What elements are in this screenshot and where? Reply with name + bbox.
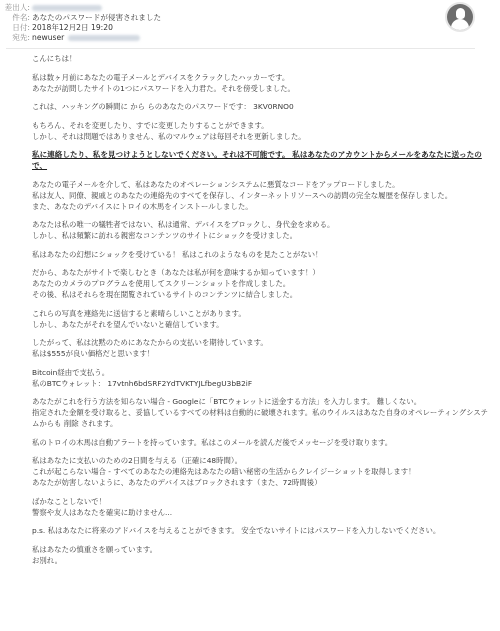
paragraph-victim: あなたは私の唯一の犠牲者ではない、私は通常、デバイスをブロックし、身代金を求める…: [32, 219, 494, 241]
paragraph-malware: あなたの電子メールを介して、私はあなたのオペレーションシステムに悪質なコードをア…: [32, 179, 494, 212]
text-line: しかし、私は頻繁に訪れる親密なコンテンツのサイトにショックを受けました。: [32, 230, 494, 241]
text-line: 私はあなたの慎重さを願っています。: [32, 544, 494, 555]
text-line: また、あなたのデバイスにトロイの木馬をインストールしました。: [32, 201, 494, 212]
to-label: 宛先:: [0, 32, 32, 43]
text-line: あなたが訪問したサイトの1つにパスワードを入力君た。それを傍受しました。: [32, 83, 494, 94]
paragraph-howto: あなたがこれを行う方法を知らない場合 - Googleに「BTCウォレットに送金…: [32, 396, 494, 429]
paragraph-password: これは、ハッキングの瞬間に から らのあなたのパスワードです： 3KV0RNO0: [32, 101, 494, 112]
text-line: 指定された金額を受け取ると、妥協しているすべての材料は自動的に破壊されます。私の…: [32, 407, 494, 429]
text-line: あなたの電子メールを介して、私はあなたのオペレーションシステムに悪質なコードをア…: [32, 179, 494, 190]
header-separator: [6, 48, 475, 49]
text-line: あなたは私の唯一の犠牲者ではない、私は通常、デバイスをブロックし、身代金を求める…: [32, 219, 494, 230]
text-line: 私はあなたに支払いのための2日間を与える（正確に48時間）。: [32, 455, 494, 466]
paragraph-police: ばかなことしないで！ 警察や友人はあなたを確実に助けません...: [32, 496, 494, 518]
paragraph-bitcoin: Bitcoin経由で支払う。 私のBTCウォレット： 17vtnh6bdSRF2…: [32, 367, 494, 389]
text-line: 警察や友人はあなたを確実に助けません...: [32, 507, 494, 518]
text-line: もちろん、それを変更したり、すでに変更したりすることができます。: [32, 120, 494, 131]
paragraph-signoff: 私はあなたの慎重さを願っています。 お別れ。: [32, 544, 494, 566]
from-address-blurred: [32, 5, 102, 11]
text-line: 私は数ヶ月前にあなたの電子メールとデバイスをクラックしたハッカーです。: [32, 72, 494, 83]
to-value: newuser: [32, 32, 64, 43]
paragraph-photos: これらの写真を連絡先に送信すると素晴らしいことがあります。 しかし、あなたがそれ…: [32, 308, 494, 330]
text-line: 私は$555が良い価格だと思います！: [32, 348, 494, 359]
email-header: 差出人: 件名: あなたのパスワードが侵害されました 日付: 2018年12月2…: [0, 0, 500, 48]
paragraph-deadline: 私はあなたに支払いのための2日間を与える（正確に48時間）。 これが起こらない場…: [32, 455, 494, 488]
paragraph-camera: だから、あなたがサイトで楽しむとき（あなたは私が何を意味するか知っています！） …: [32, 267, 494, 300]
text-line: あなたがこれを行う方法を知らない場合 - Googleに「BTCウォレットに送金…: [32, 396, 494, 407]
text-line: だから、あなたがサイトで楽しむとき（あなたは私が何を意味するか知っています！）: [32, 267, 494, 278]
text-line: しかし、あなたがそれを望んでいないと確信しています。: [32, 319, 494, 330]
paragraph-intro: 私は数ヶ月前にあなたの電子メールとデバイスをクラックしたハッカーです。 あなたが…: [32, 72, 494, 94]
paragraph-alert: 私のトロイの木馬は自動アラートを持っています。私はこのメールを読んだ後でメッセー…: [32, 437, 494, 448]
person-silhouette-icon[interactable]: [447, 4, 473, 30]
btc-wallet-line: 私のBTCウォレット： 17vtnh6bdSRF2YdTVKTYJLfbegU3…: [32, 378, 494, 389]
header-to-row: 宛先: newuser: [0, 32, 140, 43]
greeting: こんにちは！: [32, 53, 494, 64]
text-line: その後、私はそれらを現在閲覧されているサイトのコンテンツに結合しました。: [32, 289, 494, 300]
text-line: これらの写真を連絡先に送信すると素晴らしいことがあります。: [32, 308, 494, 319]
text-line: Bitcoin経由で支払う。: [32, 367, 494, 378]
email-body: こんにちは！ 私は数ヶ月前にあなたの電子メールとデバイスをクラックしたハッカーで…: [32, 53, 494, 573]
warning-text: 私に連絡したり、私を見つけようとしないでください。それは不可能です。 私はあなた…: [32, 149, 494, 171]
paragraph-payment: したがって、私は沈黙のためにあなたからの支払いを期待しています。 私は$555が…: [32, 337, 494, 359]
text-line: ばかなことしないで！: [32, 496, 494, 507]
text-line: これが起こらない場合 - すべてのあなたの連絡先はあなたの暗い秘密の生活からクレ…: [32, 466, 494, 477]
paragraph-shock: 私はあなたの幻想にショックを受けている！ 私はこれのようなものを見たことがない！: [32, 249, 494, 260]
text-line: 私は友人、同僚、親戚とのあなたの連絡先のすべてを保存し、インターネットリソースへ…: [32, 190, 494, 201]
text-line: お別れ。: [32, 555, 494, 566]
text-line: したがって、私は沈黙のためにあなたからの支払いを期待しています。: [32, 337, 494, 348]
text-line: しかし、それは問題ではありません、私のマルウェアは毎回それを更新しました。: [32, 131, 494, 142]
paragraph-ps: p.s. 私はあなたに将来のアドバイスを与えることができます。 安全でないサイト…: [32, 525, 494, 536]
paragraph-change: もちろん、それを変更したり、すでに変更したりすることができます。 しかし、それは…: [32, 120, 494, 142]
text-line: あなたのカメラのプログラムを使用してスクリーンショットを作成しました。: [32, 278, 494, 289]
text-line: あなたが妨害しないように、あなたのデバイスはブロックされます（また、72時間後）: [32, 477, 494, 488]
to-address-blurred: [68, 35, 140, 41]
